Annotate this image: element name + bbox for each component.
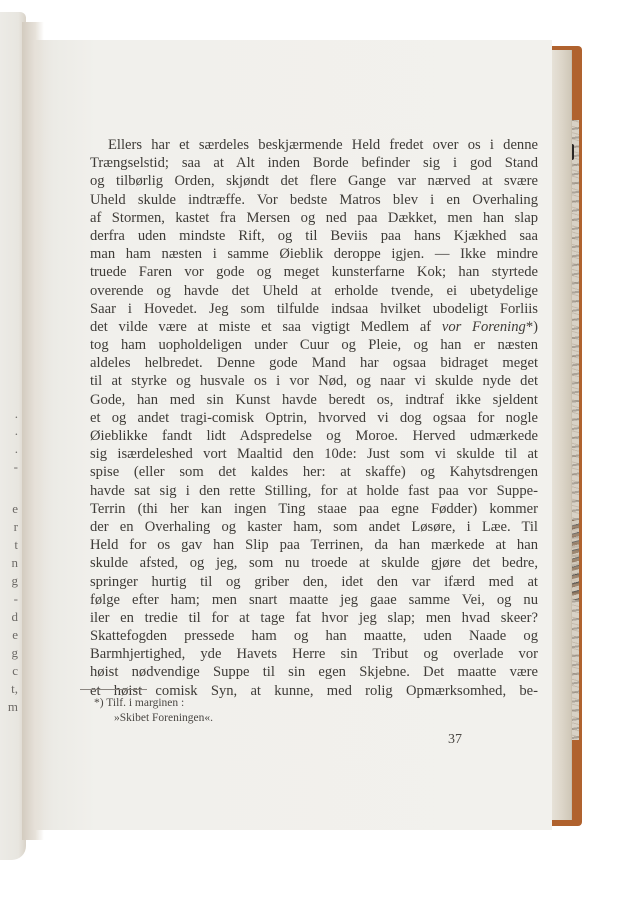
text-line-content: til at styrke og husvale os i vor Nød, o… — [90, 373, 538, 389]
text-line-content: skulde afsted, og jeg, som nu troede at … — [90, 555, 538, 571]
text-line: der en Overhaling og kaster ham, som and… — [90, 518, 538, 536]
text-line: af Stormen, kastet fra Mersen og ned paa… — [90, 209, 538, 227]
left-page-margin-text: . . . - e r t n g - d e g c t, m — [0, 12, 20, 860]
text-line-content: truede Faren vor gode og meget kunsterfa… — [90, 264, 538, 280]
text-line-content: Held for os gav han Slip paa Terrinen, d… — [90, 537, 538, 553]
left-glyph: - — [14, 592, 18, 605]
text-line-content: Terrin (thi her kan ingen Ting staae paa… — [90, 501, 538, 517]
text-line: spise (eller som det kaldes her: at skaf… — [90, 463, 538, 481]
text-line-content: man ham næsten i samme Øieblik deroppe i… — [90, 246, 538, 262]
left-glyph: - — [14, 460, 18, 473]
text-line-content: Ellers har et særdeles beskjærmende Held… — [108, 137, 538, 153]
left-glyph: d — [12, 610, 19, 623]
text-line: Øieblikke fandt lidt Adspredelse og Moro… — [90, 427, 538, 445]
left-glyph: . — [15, 442, 18, 455]
left-glyph: g — [12, 574, 19, 587]
footnote-marker: *) — [94, 697, 104, 709]
text-line-content: Skattefogden pressede ham og han maatte,… — [90, 628, 538, 644]
body-text: Ellers har et særdeles beskjærmende Held… — [90, 136, 538, 700]
text-line-content: Øieblikke fandt lidt Adspredelse og Moro… — [90, 428, 538, 444]
left-glyph: n — [12, 556, 19, 569]
left-glyph: c — [12, 664, 18, 677]
left-glyph: e — [12, 628, 18, 641]
left-page-sliver: . . . - e r t n g - d e g c t, m — [0, 12, 26, 860]
text-line-content: aldeles helbredet. Denne gode Mand har o… — [90, 355, 538, 371]
text-line: tog ham uopholdeligen under Cuur og Plei… — [90, 336, 538, 354]
left-glyph: m — [8, 700, 18, 713]
text-line: man ham næsten i samme Øieblik deroppe i… — [90, 245, 538, 263]
text-line-content: det vilde være at miste et saa vigtigt M… — [90, 319, 431, 335]
text-line: Saar i Hovedet. Jeg som tilfulde indsaa … — [90, 300, 538, 318]
footnote-text-1: Tilf. i marginen : — [106, 697, 184, 709]
text-line-content: spise (eller som det kaldes her: at skaf… — [90, 464, 538, 480]
footnote-line-1: *) Tilf. i marginen : — [94, 696, 213, 711]
footnote: *) Tilf. i marginen : »Skibet Foreningen… — [94, 696, 213, 726]
text-line: iler en tredie til for at tage fat hvor … — [90, 609, 538, 627]
book-photo-scene: . . . - e r t n g - d e g c t, m Ellers … — [0, 0, 621, 900]
text-line: overende og havde det Uheld at erholde t… — [90, 282, 538, 300]
text-line: Terrin (thi her kan ingen Ting staae paa… — [90, 500, 538, 518]
footnote-divider — [80, 689, 147, 690]
text-line-content: derfra uden mindste Rift, og til Beviis … — [90, 228, 538, 244]
text-line: truede Faren vor gode og meget kunsterfa… — [90, 263, 538, 281]
text-line-content: iler en tredie til for at tage fat hvor … — [90, 610, 538, 626]
page-block-edges — [549, 50, 572, 820]
text-line: springer hurtig til og griber den, idet … — [90, 573, 538, 591]
text-line-content: springer hurtig til og griber den, idet … — [90, 574, 538, 590]
footnote-reference: *) — [526, 319, 538, 335]
text-line: og tilbørlig Orden, skjøndt det flere Ga… — [90, 172, 538, 190]
left-glyph: r — [14, 520, 18, 533]
left-glyph: t — [14, 538, 18, 551]
text-line-content: Barmhjertighed, yde Havets Herre sin Tri… — [90, 646, 538, 662]
text-line-content: Saar i Hovedet. Jeg som tilfulde indsaa … — [90, 301, 538, 317]
text-line: Skattefogden pressede ham og han maatte,… — [90, 627, 538, 645]
text-line-content: Gode, han med sin Kunst havde beredt os,… — [90, 392, 538, 408]
left-glyph: . — [15, 424, 18, 437]
text-line-content: Trængselstid; saa at Alt inden Borde bef… — [90, 155, 538, 171]
text-line: et og andet tragi-comisk Optrin, hvorved… — [90, 409, 538, 427]
left-glyph: e — [12, 502, 18, 515]
text-line-content: følge efter ham; men snart maatte jeg ga… — [90, 592, 538, 608]
left-glyph: . — [15, 407, 18, 420]
text-line: derfra uden mindste Rift, og til Beviis … — [90, 227, 538, 245]
italic-emphasis: vor Forening — [442, 319, 526, 335]
text-line: aldeles helbredet. Denne gode Mand har o… — [90, 354, 538, 372]
left-glyph: t, — [11, 682, 18, 695]
text-line: Barmhjertighed, yde Havets Herre sin Tri… — [90, 645, 538, 663]
text-line: Held for os gav han Slip paa Terrinen, d… — [90, 536, 538, 554]
text-line: høist nødvendige Suppe til sin egen Skje… — [90, 663, 538, 681]
text-line: Uheld skulde indtræffe. Vor bedste Matro… — [90, 191, 538, 209]
text-line: skulde afsted, og jeg, som nu troede at … — [90, 554, 538, 572]
text-line: Trængselstid; saa at Alt inden Borde bef… — [90, 154, 538, 172]
text-line: til at styrke og husvale os i vor Nød, o… — [90, 372, 538, 390]
text-line-content: der en Overhaling og kaster ham, som and… — [90, 519, 538, 535]
text-line: følge efter ham; men snart maatte jeg ga… — [90, 591, 538, 609]
text-line: havde sat sig i den rette Stilling, for … — [90, 482, 538, 500]
text-line: det vilde være at miste et saa vigtigt M… — [90, 318, 538, 336]
text-line: Ellers har et særdeles beskjærmende Held… — [90, 136, 538, 154]
text-line: Gode, han med sin Kunst havde beredt os,… — [90, 391, 538, 409]
text-line-content: overende og havde det Uheld at erholde t… — [90, 283, 538, 299]
text-line-content: Uheld skulde indtræffe. Vor bedste Matro… — [90, 192, 538, 208]
gutter-shadow — [22, 22, 44, 840]
text-line-content: og tilbørlig Orden, skjøndt det flere Ga… — [90, 173, 538, 189]
text-line: sig isærdeleshed vort Maaltid den 10de: … — [90, 445, 538, 463]
text-line-content: et og andet tragi-comisk Optrin, hvorved… — [90, 410, 538, 426]
text-line-content: af Stormen, kastet fra Mersen og ned paa… — [90, 210, 538, 226]
text-line-content: sig isærdeleshed vort Maaltid den 10de: … — [90, 446, 538, 462]
left-glyph: g — [12, 646, 19, 659]
page-number: 37 — [448, 732, 462, 748]
text-line-content: høist nødvendige Suppe til sin egen Skje… — [90, 664, 538, 680]
text-line-content: tog ham uopholdeligen under Cuur og Plei… — [90, 337, 538, 353]
footnote-line-2: »Skibet Foreningen«. — [94, 711, 213, 726]
text-line-content: havde sat sig i den rette Stilling, for … — [90, 483, 538, 499]
